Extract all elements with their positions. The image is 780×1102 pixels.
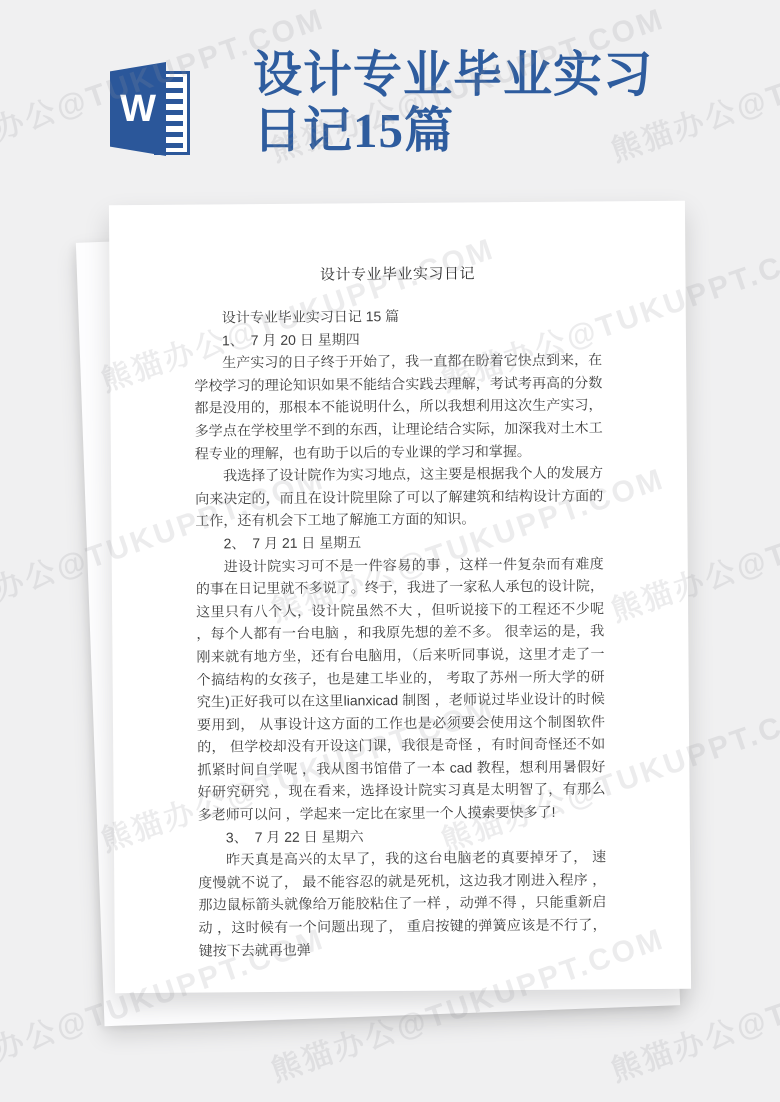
doc-paragraph: 进设计院实习可不是一件容易的事 ，这样一件复杂而有难度的事在日记里就不多说了。终… [196, 552, 606, 826]
watermark-text: 熊猫办公@TUKUPPT.COM [774, 224, 780, 400]
header-title-line2: 日记15篇 [253, 103, 733, 159]
word-letter: W [120, 88, 156, 131]
document-page: 设计专业毕业实习日记 设计专业毕业实习日记 15 篇1、 7 月 20 日 星期… [109, 201, 691, 993]
watermark-text: 熊猫办公@TUKUPPT.COM [774, 684, 780, 860]
document-content: 设计专业毕业实习日记 设计专业毕业实习日记 15 篇1、 7 月 20 日 星期… [109, 201, 691, 963]
page-canvas: W 设计专业毕业实习 日记15篇 设计专业毕业实习日记 设计专业毕业实习日记 1… [0, 0, 780, 1102]
header-title: 设计专业毕业实习 日记15篇 [253, 47, 733, 159]
header-title-line1: 设计专业毕业实习 [253, 47, 733, 103]
word-cover-icon: W [110, 62, 166, 156]
doc-paragraph: 昨天真是高兴的太早了，我的这台电脑老的真要掉牙了， 速度慢就不说了， 最不能容忍… [198, 846, 607, 962]
doc-paragraph: 1、 7 月 20 日 星期四 [194, 326, 602, 352]
doc-paragraph: 生产实习的日子终于开始了，我一直都在盼着它快点到来，在学校学习的理论知识如果不能… [194, 349, 603, 465]
word-icon: W [100, 56, 200, 160]
doc-paragraph: 我选择了设计院作为实习地点，这主要是根据我个人的发展方向来决定的，而且在设计院里… [195, 462, 604, 533]
doc-paragraph: 3、 7 月 22 日 星期六 [198, 823, 606, 849]
doc-paragraph: 设计专业毕业实习日记 15 篇 [194, 303, 602, 329]
doc-paragraph: 2、 7 月 21 日 星期五 [195, 529, 603, 555]
document-title: 设计专业毕业实习日记 [193, 261, 601, 285]
document-body: 设计专业毕业实习日记 15 篇1、 7 月 20 日 星期四生产实习的日子终于开… [194, 303, 607, 961]
header: W 设计专业毕业实习 日记15篇 [0, 0, 780, 180]
